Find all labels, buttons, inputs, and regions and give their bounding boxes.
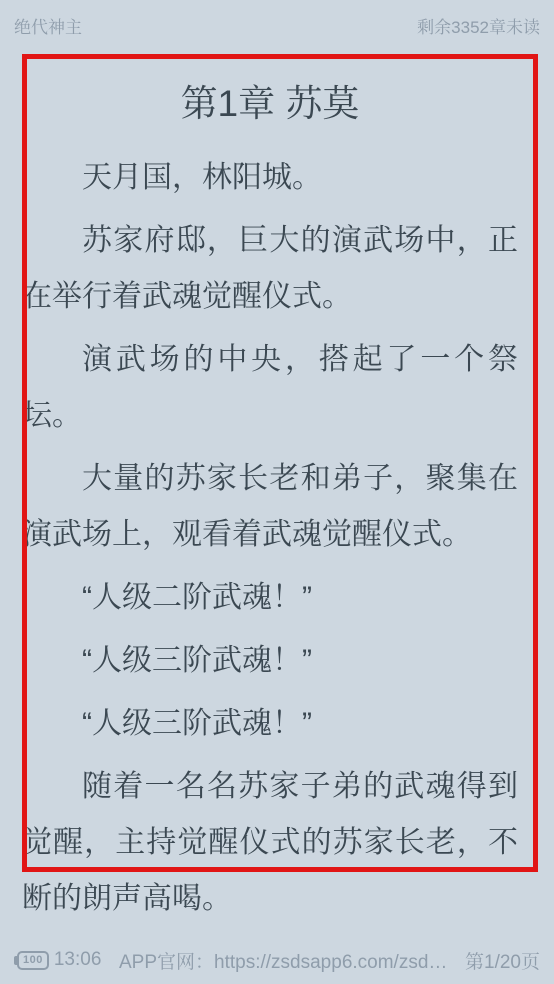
battery-level: 100 bbox=[17, 951, 49, 970]
status-group: 100 13:06 bbox=[14, 949, 101, 971]
unread-count: 剩余3352章未读 bbox=[417, 13, 540, 38]
paragraph: 大量的苏家长老和弟子，聚集在演武场上，观看着武魂觉醒仪式。 bbox=[22, 451, 518, 563]
top-bar: 绝代神主 剩余3352章未读 bbox=[0, 0, 554, 50]
paragraph: “人级三阶武魂！” bbox=[22, 633, 518, 689]
paragraph: 演武场的中央，搭起了一个祭坛。 bbox=[22, 332, 518, 444]
official-site-link[interactable]: APP官网：https://zsdsapp6.com/zsd… bbox=[119, 947, 447, 974]
reader-page[interactable]: 第1章 苏莫 天月国，林阳城。 苏家府邸，巨大的演武场中，正在举行着武魂觉醒仪式… bbox=[22, 54, 518, 934]
battery-icon: 100 bbox=[14, 951, 49, 970]
paragraph: 苏家府邸，巨大的演武场中，正在举行着武魂觉醒仪式。 bbox=[22, 213, 518, 325]
paragraph: “人级二阶武魂！” bbox=[22, 570, 518, 626]
chapter-title: 第1章 苏莫 bbox=[22, 76, 518, 132]
paragraph: 随着一名名苏家子弟的武魂得到觉醒，主持觉醒仪式的苏家长老，不断的朗声高喝。 bbox=[22, 759, 518, 927]
clock: 13:06 bbox=[54, 949, 102, 971]
reader-screen: 绝代神主 剩余3352章未读 第1章 苏莫 天月国，林阳城。 苏家府邸，巨大的演… bbox=[0, 0, 554, 984]
paragraph: 天月国，林阳城。 bbox=[22, 150, 518, 206]
book-title: 绝代神主 bbox=[14, 13, 82, 38]
page-indicator: 第1/20页 bbox=[465, 947, 540, 974]
bottom-bar: 100 13:06 APP官网：https://zsdsapp6.com/zsd… bbox=[0, 936, 554, 984]
paragraph: “人级三阶武魂！” bbox=[22, 696, 518, 752]
